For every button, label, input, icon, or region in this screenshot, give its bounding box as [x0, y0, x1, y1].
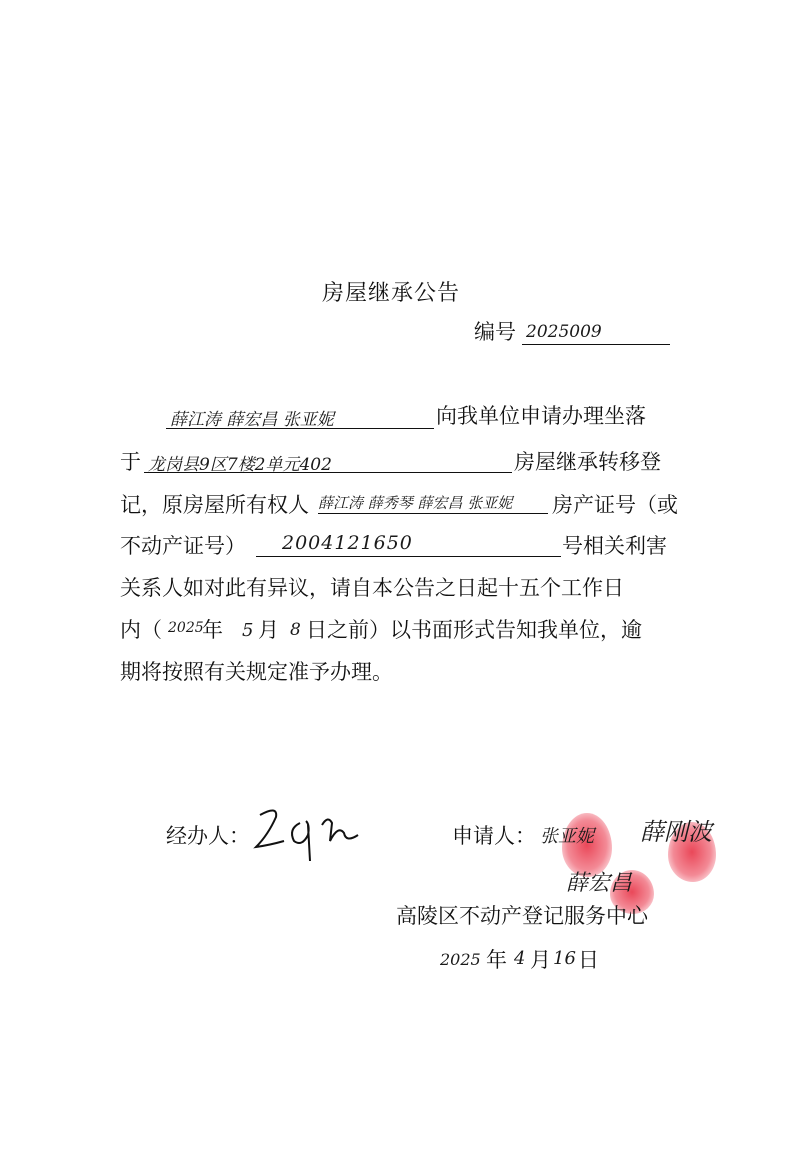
deadline-month-label: 月	[258, 620, 279, 641]
deadline-year-label: 年	[202, 620, 223, 641]
date-year-label: 年	[486, 950, 507, 971]
line1-text: 向我单位申请办理坐落	[436, 406, 646, 427]
date-day-handwritten: 16	[553, 948, 576, 969]
line6-suffix: 日之前）以书面形式告知我单位，逾	[306, 620, 642, 641]
line4-text-before: 不动产证号）	[120, 536, 246, 557]
owners-underline	[318, 513, 548, 514]
applicants-handwritten: 薛江涛 薛宏昌 张亚妮	[170, 405, 334, 430]
line3-text-before: 记，原房屋所有权人	[120, 495, 309, 516]
number-label: 编号	[474, 322, 516, 343]
date-month-handwritten: 4	[514, 948, 525, 969]
applicant-signature-2: 薛刚波	[640, 812, 712, 847]
date-day-label: 日	[578, 950, 599, 971]
number-underline	[522, 344, 670, 345]
handler-signature	[248, 795, 378, 865]
number-value: 2025009	[526, 322, 602, 342]
organization-name: 高陵区不动产登记服务中心	[396, 906, 648, 927]
date-month-label: 月	[530, 950, 551, 971]
applicant-signature-3: 薛宏昌	[566, 866, 632, 897]
applicants-underline	[166, 428, 434, 429]
date-year-handwritten: 2025	[440, 950, 481, 969]
line3-text-after: 房产证号（或	[552, 495, 678, 516]
applicant-label: 申请人：	[452, 826, 536, 847]
deadline-month-handwritten: 5	[242, 620, 253, 641]
deadline-year-handwritten: 2025	[168, 620, 204, 636]
line2-prefix: 于	[120, 452, 141, 473]
deadline-day-handwritten: 8	[290, 620, 301, 640]
owners-handwritten: 薛江涛 薛秀琴 薛宏昌 张亚妮	[318, 492, 512, 513]
handler-label: 经办人：	[166, 826, 250, 847]
line7-text: 期将按照有关规定准予办理。	[120, 662, 393, 683]
certificate-handwritten: 2004121650	[282, 532, 413, 554]
line2-text: 房屋继承转移登	[514, 452, 661, 473]
certificate-underline	[256, 556, 561, 557]
location-underline	[144, 472, 512, 473]
applicant-signature-1: 张亚妮	[540, 822, 594, 848]
document-title: 房屋继承公告	[322, 276, 460, 307]
line5-text: 关系人如对此有异议，请自本公告之日起十五个工作日	[120, 578, 624, 599]
line6-prefix: 内（	[120, 620, 162, 641]
line4-text-after: 号相关利害	[562, 536, 667, 557]
